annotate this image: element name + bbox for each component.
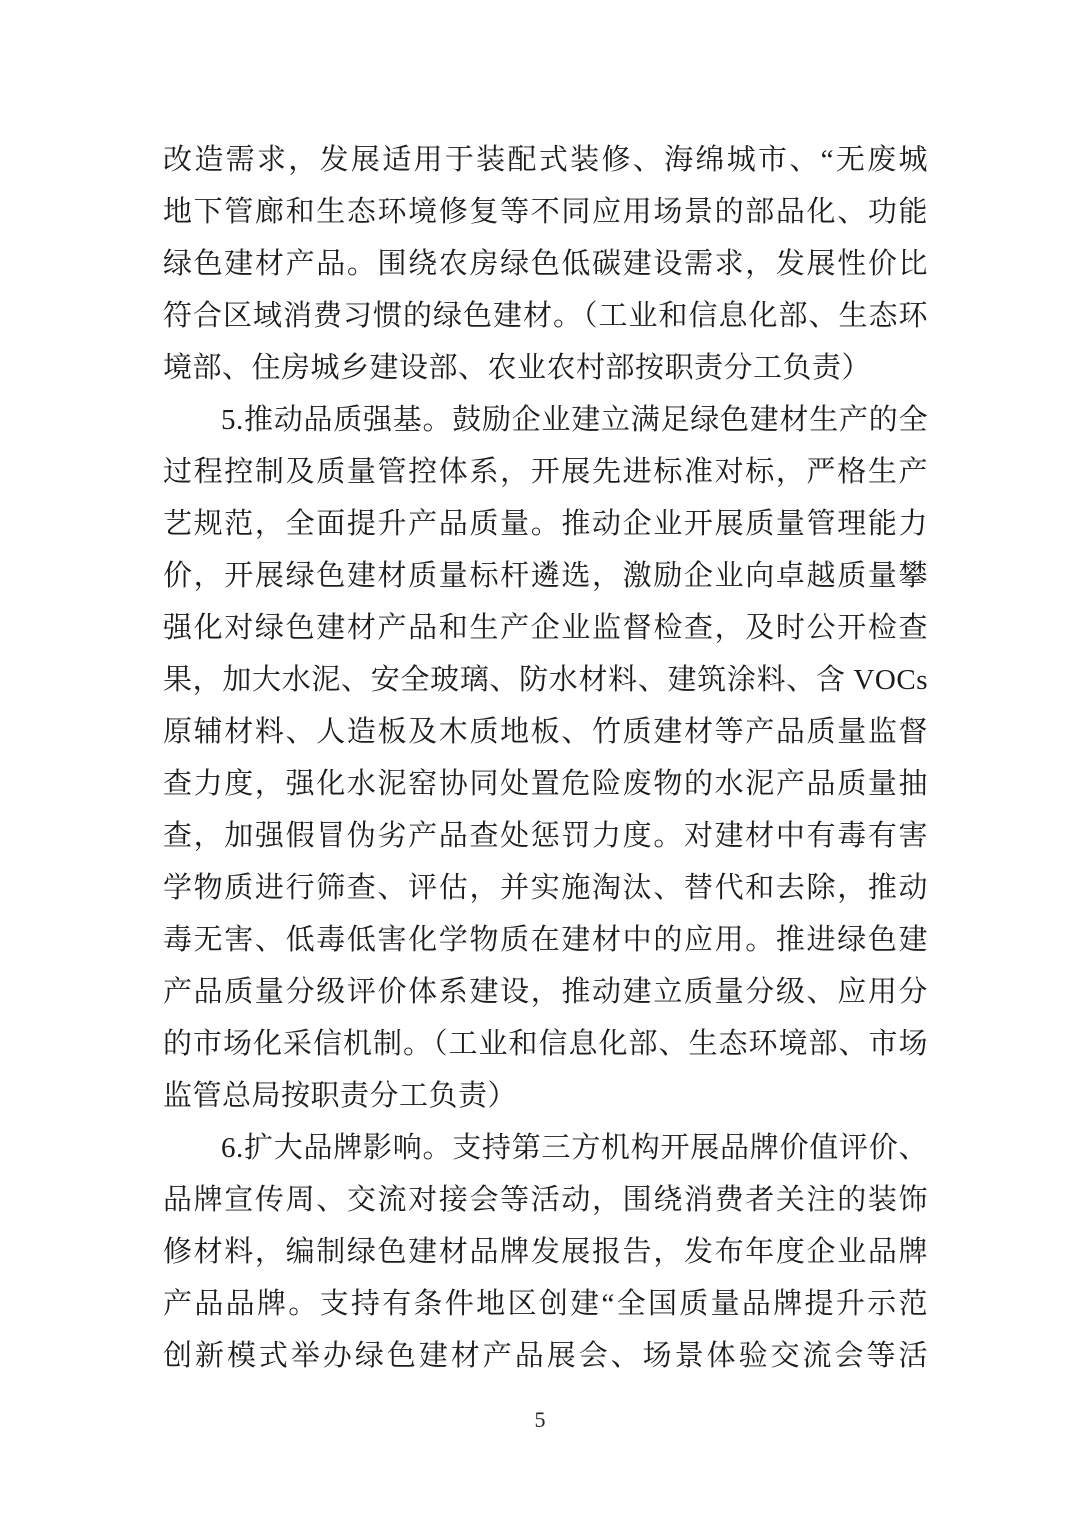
text-line: 毒无害、低毒低害化学物质在建材中的应用。推进绿色建材 <box>163 914 928 966</box>
text-line: 6.扩大品牌影响。支持第三方机构开展品牌价值评价、 <box>163 1122 928 1174</box>
text-line: 5.推动品质强基。鼓励企业建立满足绿色建材生产的全 <box>163 394 928 446</box>
text-line: 查，加强假冒伪劣产品查处惩罚力度。对建材中有毒有害化 <box>163 810 928 862</box>
text-line: 过程控制及质量管控体系，开展先进标准对标，严格生产工 <box>163 446 928 498</box>
text-line: 品牌宣传周、交流对接会等活动，围绕消费者关注的装饰装 <box>163 1174 928 1226</box>
text-line: 产品质量分级评价体系建设，推动建立质量分级、应用分类 <box>163 966 928 1018</box>
text-line: 艺规范，全面提升产品质量。推动企业开展质量管理能力评 <box>163 498 928 550</box>
text-line: 境部、住房城乡建设部、农业农村部按职责分工负责） <box>163 342 928 394</box>
text-line: 改造需求，发展适用于装配式装修、海绵城市、“无废城市”、 <box>163 134 928 186</box>
text-line: 地下管廊和生态环境修复等不同应用场景的部品化、功能性 <box>163 186 928 238</box>
text-line: 产品品牌。支持有条件地区创建“全国质量品牌提升示范区”， <box>163 1278 928 1330</box>
page-footer: 5 <box>0 1384 1080 1527</box>
text-line: 修材料，编制绿色建材品牌发展报告，发布年度企业品牌和 <box>163 1226 928 1278</box>
text-line: 的市场化采信机制。（工业和信息化部、生态环境部、市场 <box>163 1018 928 1070</box>
page-number: 5 <box>535 1406 546 1434</box>
text-line: 查力度，强化水泥窑协同处置危险废物的水泥产品质量抽 <box>163 758 928 810</box>
text-line: 绿色建材产品。围绕农房绿色低碳建设需求，发展性价比高、 <box>163 238 928 290</box>
text-line: 学物质进行筛查、评估，并实施淘汰、替代和去除，推动无 <box>163 862 928 914</box>
text-line: 强化对绿色建材产品和生产企业监督检查，及时公开检查结 <box>163 602 928 654</box>
document-body: 改造需求，发展适用于装配式装修、海绵城市、“无废城市”、地下管廊和生态环境修复等… <box>163 134 928 1382</box>
text-line: 监管总局按职责分工负责） <box>163 1070 928 1122</box>
text-line: 符合区域消费习惯的绿色建材。（工业和信息化部、生态环 <box>163 290 928 342</box>
document-page: 改造需求，发展适用于装配式装修、海绵城市、“无废城市”、地下管廊和生态环境修复等… <box>0 0 1080 1527</box>
text-line: 原辅材料、人造板及木质地板、竹质建材等产品质量监督抽 <box>163 706 928 758</box>
text-line: 果，加大水泥、安全玻璃、防水材料、建筑涂料、含 VOCs <box>163 654 928 706</box>
text-line: 价，开展绿色建材质量标杆遴选，激励企业向卓越质量攀升。 <box>163 550 928 602</box>
text-line: 创新模式举办绿色建材产品展会、场景体验交流会等活动， <box>163 1330 928 1382</box>
